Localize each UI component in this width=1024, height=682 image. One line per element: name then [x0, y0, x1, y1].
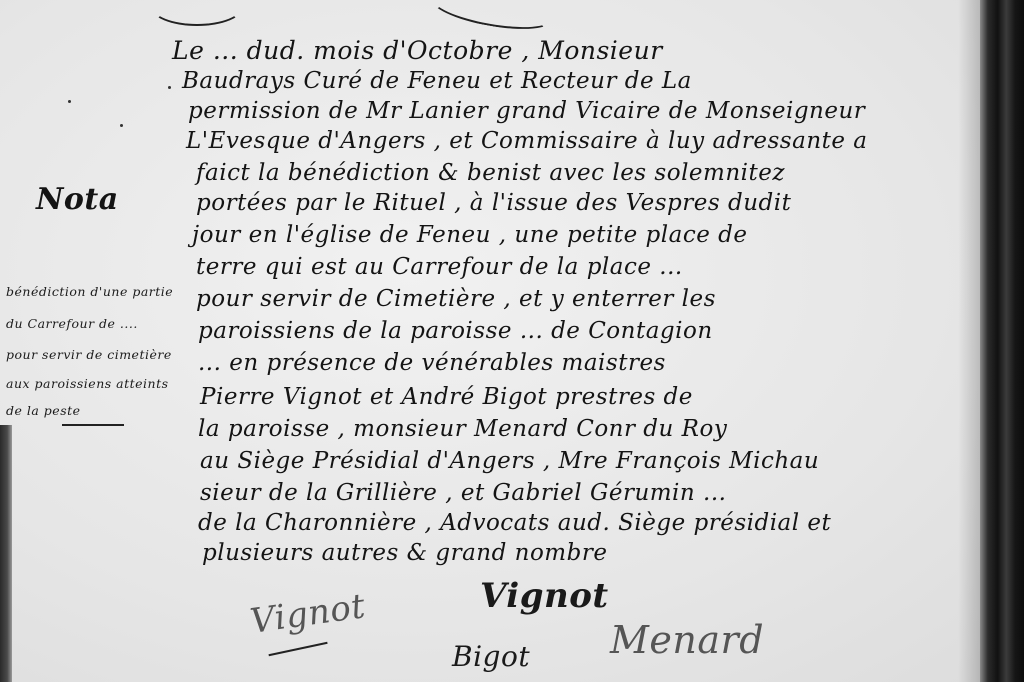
- signature-vignot-faint: Vignot: [248, 586, 368, 642]
- entry-line: ... en présence de vénérables maistres: [198, 350, 666, 376]
- entry-line: la paroisse , monsieur Menard Conr du Ro…: [198, 416, 727, 442]
- ink-speck: [120, 124, 123, 127]
- entry-line: Baudrays Curé de Feneu et Recteur de La: [182, 68, 692, 94]
- entry-line: sieur de la Grillière , et Gabriel Gérum…: [200, 480, 726, 506]
- entry-line: jour en l'église de Feneu , une petite p…: [192, 222, 748, 248]
- top-flourish-left: [150, 0, 244, 26]
- entry-line: de la Charonnière , Advocats aud. Siège …: [198, 510, 831, 536]
- entry-line: paroissiens de la paroisse ... de Contag…: [198, 318, 713, 344]
- signature-vignot: Vignot: [480, 576, 609, 616]
- margin-note-line: de la peste: [6, 403, 81, 418]
- signature-menard: Menard: [610, 618, 764, 662]
- margin-note-line: aux paroissiens atteints: [6, 376, 169, 391]
- entry-line: Le ... dud. mois d'Octobre , Monsieur: [172, 36, 663, 65]
- book-binding-edge: [980, 0, 1024, 682]
- margin-note-line: du Carrefour de ....: [6, 316, 138, 331]
- entry-line: Pierre Vignot et André Bigot prestres de: [200, 384, 693, 410]
- entry-line: faict la bénédiction & benist avec les s…: [196, 160, 785, 186]
- entry-line: terre qui est au Carrefour de la place .…: [196, 254, 683, 280]
- ink-speck: [68, 100, 71, 103]
- entry-line: permission de Mr Lanier grand Vicaire de…: [188, 98, 865, 124]
- signature-paraph: [268, 642, 327, 656]
- entry-line: pour servir de Cimetière , et y enterrer…: [196, 286, 716, 312]
- entry-line: L'Evesque d'Angers , et Commissaire à lu…: [186, 128, 868, 154]
- register-page: Nota bénédiction d'une partie du Carrefo…: [0, 0, 1024, 682]
- top-flourish-right: [428, 0, 556, 37]
- signature-bigot: Bigot: [452, 640, 530, 673]
- entry-line: plusieurs autres & grand nombre: [202, 540, 607, 566]
- margin-heading-nota: Nota: [36, 182, 119, 217]
- margin-note-line: pour servir de cimetière: [6, 347, 172, 362]
- margin-note-line: bénédiction d'une partie: [6, 284, 173, 299]
- margin-underline: [62, 424, 124, 426]
- entry-line: portées par le Rituel , à l'issue des Ve…: [196, 190, 791, 216]
- page-left-edge-shadow: [0, 425, 12, 682]
- binding-shadow: [958, 0, 980, 682]
- ink-speck: [168, 86, 171, 89]
- entry-line: au Siège Présidial d'Angers , Mre Franço…: [200, 448, 819, 474]
